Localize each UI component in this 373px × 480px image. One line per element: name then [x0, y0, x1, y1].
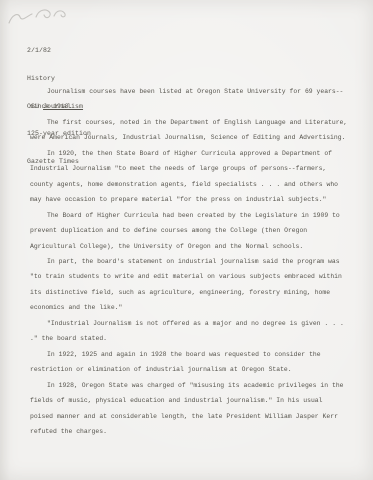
paragraph-6: "Industrial Journalism is not offered as… — [30, 316, 349, 347]
paragraph-1: Journalism courses have been listed at O… — [30, 84, 349, 115]
paragraph-5: In part, the board's statement on indust… — [30, 254, 349, 316]
paragraph-2: The first courses, noted in the Departme… — [30, 115, 349, 146]
paragraph-8: In 1928, Oregon State was charged of "mi… — [30, 378, 349, 440]
header-date: 2/1/82 — [27, 46, 91, 55]
scanned-document-page: 2/1/82 History OSU Journalism 125-year e… — [0, 0, 373, 480]
paragraph-4: The Board of Higher Curricula had been c… — [30, 208, 349, 254]
header-subject: History — [27, 74, 91, 83]
paragraph-3: In 1920, the then State Board of Higher … — [30, 146, 349, 208]
paragraph-7: In 1922, 1925 and again in 1928 the boar… — [30, 347, 349, 378]
document-body: Journalism courses have been listed at O… — [30, 84, 349, 439]
